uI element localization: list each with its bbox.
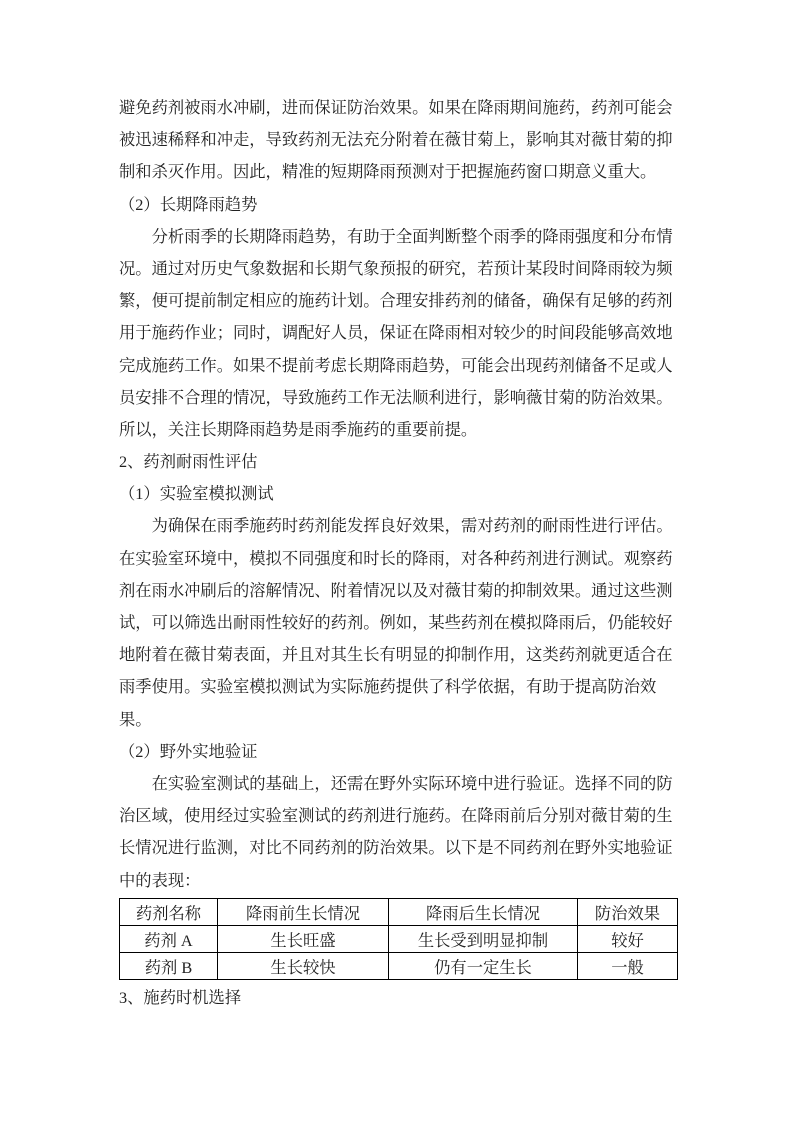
table-row: 药剂 B 生长较快 仍有一定生长 一般 xyxy=(120,952,678,979)
text-line: 长情况进行监测，对比不同药剂的防治效果。以下是不同药剂在野外实地验证 xyxy=(119,832,677,864)
text-line: 在实验室测试的基础上，还需在野外实际环境中进行验证。选择不同的防 xyxy=(119,768,677,800)
table-header-growth-after-rain: 降雨后生长情况 xyxy=(389,898,578,925)
table-cell: 仍有一定生长 xyxy=(389,952,578,979)
text-line: 为确保在雨季施药时药剂能发挥良好效果，需对药剂的耐雨性进行评估。 xyxy=(119,510,677,542)
text-line: 中的表现： xyxy=(119,865,677,897)
text-line: 避免药剂被雨水冲刷，进而保证防治效果。如果在降雨期间施药，药剂可能会 xyxy=(119,92,677,124)
document-page: 避免药剂被雨水冲刷，进而保证防治效果。如果在降雨期间施药，药剂可能会 被迅速稀释… xyxy=(0,0,793,1122)
heading-long-term-rain-trend: （2）长期降雨趋势 xyxy=(119,189,677,221)
table-header-growth-before-rain: 降雨前生长情况 xyxy=(218,898,389,925)
heading-field-validation: （2）野外实地验证 xyxy=(119,736,677,768)
text-line: 在实验室环境中，模拟不同强度和时长的降雨，对各种药剂进行测试。观察药 xyxy=(119,543,677,575)
text-line: 用于施药作业；同时，调配好人员，保证在降雨相对较少的时间段能够高效地 xyxy=(119,317,677,349)
table-row: 药剂 A 生长旺盛 生长受到明显抑制 较好 xyxy=(120,925,678,952)
text-line: 况。通过对历史气象数据和长期气象预报的研究，若预计某段时间降雨较为频 xyxy=(119,253,677,285)
text-line: 制和杀灭作用。因此，精准的短期降雨预测对于把握施药窗口期意义重大。 xyxy=(119,156,677,188)
text-line: 试，可以筛选出耐雨性较好的药剂。例如，某些药剂在模拟降雨后，仍能较好 xyxy=(119,607,677,639)
table-cell: 一般 xyxy=(578,952,678,979)
table-cell: 较好 xyxy=(578,925,678,952)
field-validation-table: 药剂名称 降雨前生长情况 降雨后生长情况 防治效果 药剂 A 生长旺盛 生长受到… xyxy=(119,898,678,980)
text-line: 地附着在薇甘菊表面，并且对其生长有明显的抑制作用，这类药剂就更适合在 xyxy=(119,639,677,671)
table-header-agent-name: 药剂名称 xyxy=(120,898,218,925)
text-line: 剂在雨水冲刷后的溶解情况、附着情况以及对薇甘菊的抑制效果。通过这些测 xyxy=(119,575,677,607)
text-line: 雨季使用。实验室模拟测试为实际施药提供了科学依据，有助于提高防治效 xyxy=(119,671,677,703)
paragraph-long-term-trend: 分析雨季的长期降雨趋势，有助于全面判断整个雨季的降雨强度和分布情 况。通过对历史… xyxy=(119,221,677,446)
table-header-control-effect: 防治效果 xyxy=(578,898,678,925)
table-cell: 药剂 B xyxy=(120,952,218,979)
text-line: 果。 xyxy=(119,704,677,736)
text-line: 完成施药工作。如果不提前考虑长期降雨趋势，可能会出现药剂储备不足或人 xyxy=(119,350,677,382)
text-line: 被迅速稀释和冲走，导致药剂无法充分附着在薇甘菊上，影响其对薇甘菊的抑 xyxy=(119,124,677,156)
heading-lab-simulation-test: （1）实验室模拟测试 xyxy=(119,478,677,510)
text-line: 治区域，使用经过实验室测试的药剂进行施药。在降雨前后分别对薇甘菊的生 xyxy=(119,800,677,832)
paragraph-rain-wash: 避免药剂被雨水冲刷，进而保证防治效果。如果在降雨期间施药，药剂可能会 被迅速稀释… xyxy=(119,92,677,189)
table-cell: 药剂 A xyxy=(120,925,218,952)
text-line: 员安排不合理的情况，导致施药工作无法顺利进行，影响薇甘菊的防治效果。 xyxy=(119,382,677,414)
paragraph-lab-test: 为确保在雨季施药时药剂能发挥良好效果，需对药剂的耐雨性进行评估。 在实验室环境中… xyxy=(119,510,677,735)
text-line: 所以，关注长期降雨趋势是雨季施药的重要前提。 xyxy=(119,414,677,446)
paragraph-field-validation: 在实验室测试的基础上，还需在野外实际环境中进行验证。选择不同的防 治区域，使用经… xyxy=(119,768,677,897)
document-content: 避免药剂被雨水冲刷，进而保证防治效果。如果在降雨期间施药，药剂可能会 被迅速稀释… xyxy=(119,92,677,1014)
heading-rain-resistance-evaluation: 2、药剂耐雨性评估 xyxy=(119,446,677,478)
table-cell: 生长旺盛 xyxy=(218,925,389,952)
table-cell: 生长受到明显抑制 xyxy=(389,925,578,952)
table-cell: 生长较快 xyxy=(218,952,389,979)
table-header-row: 药剂名称 降雨前生长情况 降雨后生长情况 防治效果 xyxy=(120,898,678,925)
text-line: 分析雨季的长期降雨趋势，有助于全面判断整个雨季的降雨强度和分布情 xyxy=(119,221,677,253)
heading-application-timing: 3、施药时机选择 xyxy=(119,982,677,1014)
text-line: 繁，便可提前制定相应的施药计划。合理安排药剂的储备，确保有足够的药剂 xyxy=(119,285,677,317)
